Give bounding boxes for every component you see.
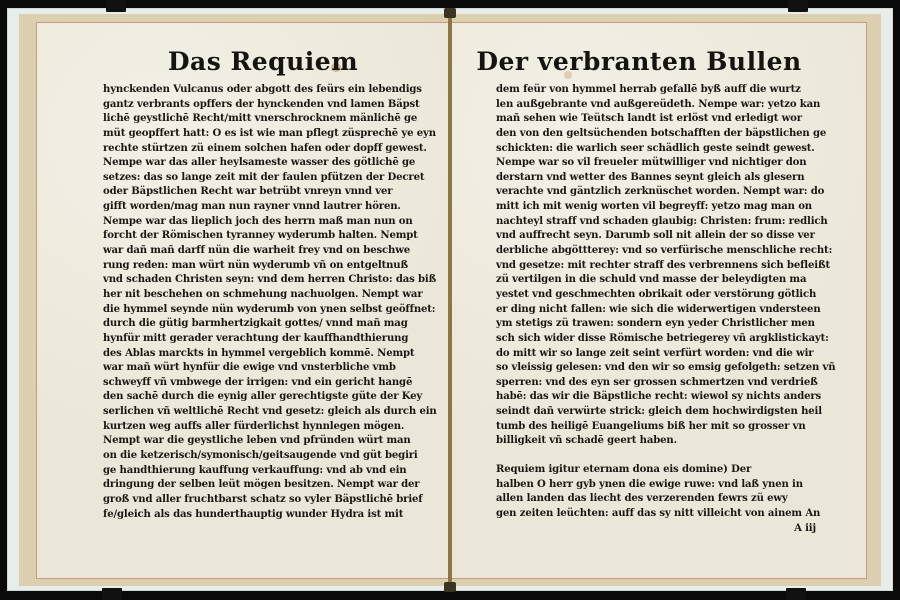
text-line: sperren: vnd des eyn ser grossen schmert… [496,376,836,391]
binding-hinge-top [444,8,456,18]
text-line: gifft worden/mag man nun rayner vnnd lau… [103,200,443,215]
book-gutter [448,14,452,586]
text-line: vnd schaden Christen seyn: vnd dem herre… [103,273,443,288]
text-line: allen landen das liecht des verzerenden … [496,492,836,507]
text-line: serlichen vñ weltlichē Recht vnd gesetz:… [103,405,443,420]
text-line: Nempt war die geystliche leben vnd pfrün… [103,434,443,449]
text-line: setzes: das so lange zeit mit der faulen… [103,171,443,186]
text-line: schweyff vñ vmbwege der irrigen: vnd ein… [103,376,443,391]
text-line: mitt ich mit wenig worten vil begreyff: … [496,200,836,215]
right-page-body: dem feür von hymmel herrab gefallē byß a… [496,83,836,536]
right-page-title: Der verbranten Bullen [452,47,866,76]
text-line: müt geopffert hatt: O es ist wie man pfl… [103,127,443,142]
text-line: Nempe war so vil freueler mütwilliger vn… [496,156,836,171]
text-line: her nit beschehen on schmehung nachuolge… [103,288,443,303]
text-line: war mañ würt hynfür die ewige vnd vnster… [103,361,443,376]
text-line: nachteyl straff vnd schaden glaubig: Chr… [496,215,836,230]
text-line: mañ sehen wie Teütsch landt ist erlöst v… [496,112,836,127]
text-line: oder Bäpstlichen Recht war betrübt vnrey… [103,185,443,200]
left-page-title: Das Requiem [37,47,449,76]
text-line: ge handthierung kauffung verkauffung: vn… [103,464,443,479]
text-line: er ding nicht fallen: wie sich die wider… [496,303,836,318]
text-line: hynckenden Vulcanus oder abgott des feür… [103,83,443,98]
text-line: Nempe war das lieplich joch des herrn ma… [103,215,443,230]
right-page: Der verbranten Bullen dem feür von hymme… [452,22,867,579]
text-line: durch die gütig barmhertzigkait gottes/ … [103,317,443,332]
text-line: lichē geystlichē Recht/mitt vnerschrockn… [103,112,443,127]
mount-clip-top-right [788,0,808,12]
text-line: on die ketzerisch/symonisch/geitsaugende… [103,449,443,464]
binding-hinge-bottom [444,582,456,592]
text-line: fe/gleich als das hunderthauptig wunder … [103,508,443,523]
text-line: verachte vnd gäntzlich zerknüschet worde… [496,185,836,200]
mount-clip-bottom-right [786,588,806,600]
text-line: des Ablas marckts in hymmel vergeblich k… [103,347,443,362]
text-line: len außgebrante vnd außgereüdeth. Nempe … [496,98,836,113]
left-page: Das Requiem hynckenden Vulcanus oder abg… [36,22,449,579]
paragraph-gap [496,449,836,463]
text-line: do mitt wir so lange zeit seint verfürt … [496,347,836,362]
text-line: gantz verbrants opffers der hynckenden v… [103,98,443,113]
text-line: yestet vnd geschmechten obrikait oder ve… [496,288,836,303]
text-line: ym stetigs zü trawen: sondern eyn yeder … [496,317,836,332]
text-line: dem feür von hymmel herrab gefallē byß a… [496,83,836,98]
text-line: rechte stürtzen zü einem solchen hafen o… [103,142,443,157]
text-line: vnd gesetze: mit rechter straff des verb… [496,259,836,274]
text-line: forcht der Römischen tyranney wyderumb h… [103,229,443,244]
text-line: Requiem igitur eternam dona eis domine) … [496,463,836,478]
text-line: den sachē durch die eynig aller gerechti… [103,390,443,405]
text-line: so vleissig gelesen: vnd den wir so emsi… [496,361,836,376]
text-line: kurtzen weg auffs aller fürderlichst hyn… [103,420,443,435]
mount-clip-bottom-left [102,588,122,600]
left-page-body: hynckenden Vulcanus oder abgott des feür… [103,83,443,522]
text-line: halben O herr gyb ynen die ewige ruwe: v… [496,478,836,493]
text-line: war dañ mañ darff nün die warheit frey v… [103,244,443,259]
text-line: billigkeit vñ schadē geert haben. [496,434,836,449]
text-line: den von den geltsüchenden botschafften d… [496,127,836,142]
text-line: zü vertilgen in die schuld vnd masse der… [496,273,836,288]
text-line: dringung der selben leüt mögen besitzen.… [103,478,443,493]
text-line: rung reden: man würt nün wyderumb vñ on … [103,259,443,274]
text-line: sch sich wider disse Römische betriegere… [496,332,836,347]
text-line: groß vnd aller fruchtbarst schatz so vyl… [103,493,443,508]
text-line: schickten: die warlich seer schädlich ge… [496,142,836,157]
text-line: hynfür mitt gerader verachtung der kauff… [103,332,443,347]
text-line: Nempe war das aller heylsameste wasser d… [103,156,443,171]
text-line: gen zeiten leüchten: auff das sy nitt vi… [496,507,836,522]
text-line: vnd auffrecht seyn. Darumb soll nit alle… [496,229,836,244]
text-line: derstarn vnd wetter des Bannes seynt gle… [496,171,836,186]
text-line: derbliche abgöttterey: vnd so verfürisch… [496,244,836,259]
signature-mark: A iij [496,522,836,537]
text-line: die hymmel seynde nün wyderumb von ynen … [103,303,443,318]
mount-clip-top-left [106,0,126,12]
text-line: tumb des heiligē Euangeliums biß her mit… [496,420,836,435]
text-line: seindt dañ verwürte strick: gleich dem h… [496,405,836,420]
text-line: habē: das wir die Bäpstliche recht: wiew… [496,390,836,405]
